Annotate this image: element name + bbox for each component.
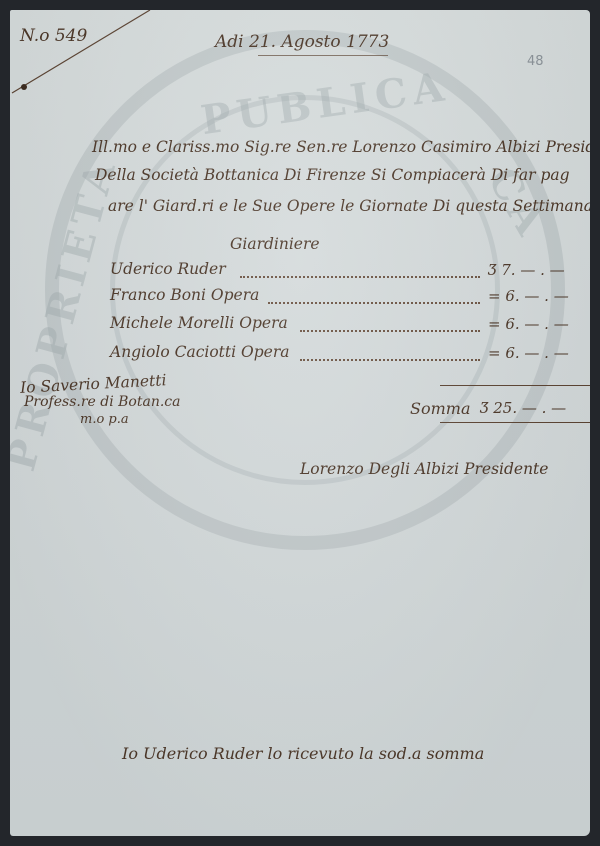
total-label: Somma [410,399,470,418]
entry-name: Franco Boni Opera [110,286,259,304]
total-top-rule [440,385,590,386]
leader-dots [268,302,480,304]
leader-dots [300,359,480,361]
section-heading: Giardiniere [230,235,320,253]
entry-amount: = 6. — . — [488,315,569,333]
leader-dots [300,330,480,332]
document-number: N.o 549 [20,26,87,46]
total-amount: Ʒ 25. — . — [480,399,566,417]
president-signature: Lorenzo Degli Albizi Presidente [300,460,548,478]
leader-dots [240,276,480,278]
total-bottom-rule [440,422,590,423]
diagonal-stroke-mark [10,10,170,110]
entry-amount: = 6. — . — [488,287,569,305]
salutation-line-2: Della Società Bottanica Di Firenze Si Co… [95,166,570,184]
date-underline [258,55,388,56]
entry-name: Michele Morelli Opera [110,314,288,332]
salutation-line-3: are l' Giard.ri e le Sue Opere le Giorna… [108,197,590,215]
entry-amount: = 6. — . — [488,344,569,362]
receipt-line: Io Uderico Ruder lo ricevuto la sod.a so… [122,744,484,763]
approval-line-2: Profess.re di Botan.ca [24,394,181,410]
approval-line-3: m.o p.a [80,412,129,427]
folio-number: 48 [527,54,544,69]
entry-name: Uderico Ruder [110,260,226,278]
document-date: Adi 21. Agosto 1773 [215,32,389,52]
document-page: PUBLICA PROPRIETA CA N.o 549 Adi 21. Ago… [10,10,590,836]
salutation-line-1: Ill.mo e Clariss.mo Sig.re Sen.re Lorenz… [92,138,590,156]
entry-amount: Ʒ 7. — . — [488,261,565,279]
entry-name: Angiolo Caciotti Opera [110,343,289,361]
